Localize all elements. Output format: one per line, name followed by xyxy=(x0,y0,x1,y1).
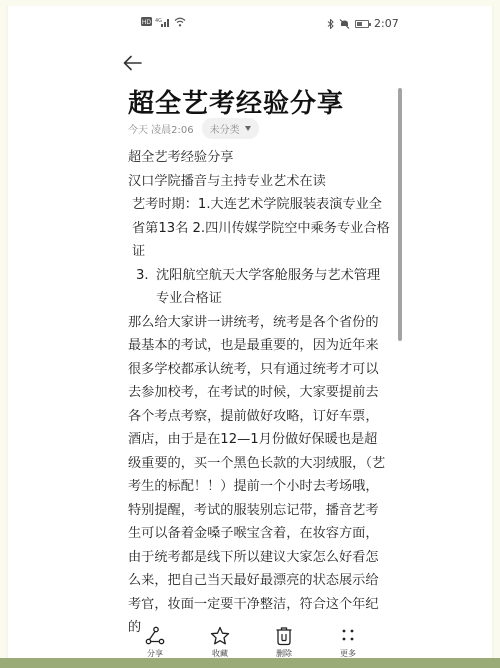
caret-down-icon xyxy=(245,126,251,131)
note-title: 超全艺考经验分享 xyxy=(128,83,344,120)
arrow-left-icon xyxy=(121,52,145,74)
body-line: 艺考时期：1.大连艺术学院服装表演专业全省第13名 2.四川传媒学院空中乘务专业… xyxy=(128,193,390,264)
share-label: 分享 xyxy=(147,648,163,659)
clock: 2:07 xyxy=(374,17,399,30)
svg-text:HD: HD xyxy=(142,19,152,26)
note-meta: 今天 凌晨2:06 未分类 xyxy=(128,118,259,139)
battery-icon xyxy=(355,20,369,28)
wifi-icon xyxy=(174,17,186,27)
favorite-button[interactable]: 收藏 xyxy=(200,626,240,659)
status-right: 2:07 xyxy=(327,17,399,30)
share-icon xyxy=(145,626,165,646)
back-button[interactable] xyxy=(121,52,145,74)
mute-icon xyxy=(339,19,350,29)
list-number: 3. xyxy=(136,264,156,311)
scrollbar[interactable] xyxy=(398,88,402,341)
body-line: 汉口学院播音与主持专业艺术在读 xyxy=(128,170,390,194)
category-label: 未分类 xyxy=(210,121,240,136)
trash-icon xyxy=(274,626,294,646)
svg-text:4G: 4G xyxy=(155,18,162,24)
more-label: 更多 xyxy=(340,648,356,659)
bottom-toolbar: 分享 收藏 删除 更多 xyxy=(8,626,492,660)
more-button[interactable]: 更多 xyxy=(328,626,368,659)
share-button[interactable]: 分享 xyxy=(135,626,175,659)
body-paragraph: 那么给大家讲一讲统考，统考是各个省份的最基本的考试，也是最重要的，因为近年来很多… xyxy=(128,311,390,640)
hd-icon: HD xyxy=(141,17,152,27)
delete-button[interactable]: 删除 xyxy=(264,626,304,659)
star-icon xyxy=(210,626,230,646)
list-text: 沈阳航空航天大学客舱服务与艺术管理专业合格证 xyxy=(156,264,390,311)
4g-signal-icon: 4G xyxy=(155,17,171,27)
list-item: 3. 沈阳航空航天大学客舱服务与艺术管理专业合格证 xyxy=(128,264,390,311)
status-left: HD 4G xyxy=(141,17,186,27)
bluetooth-icon xyxy=(327,19,334,29)
note-date: 今天 凌晨2:06 xyxy=(128,121,194,136)
note-body[interactable]: 超全艺考经验分享 汉口学院播音与主持专业艺术在读 艺考时期：1.大连艺术学院服装… xyxy=(128,146,390,640)
body-line: 超全艺考经验分享 xyxy=(128,146,390,170)
phone-screen: HD 4G 2:07 超全艺考经验分享 今天 凌晨2:06 xyxy=(6,6,494,658)
status-bar: HD 4G 2:07 xyxy=(8,6,492,40)
more-icon xyxy=(338,626,358,646)
favorite-label: 收藏 xyxy=(212,648,228,659)
category-dropdown[interactable]: 未分类 xyxy=(202,118,259,139)
delete-label: 删除 xyxy=(276,648,292,659)
